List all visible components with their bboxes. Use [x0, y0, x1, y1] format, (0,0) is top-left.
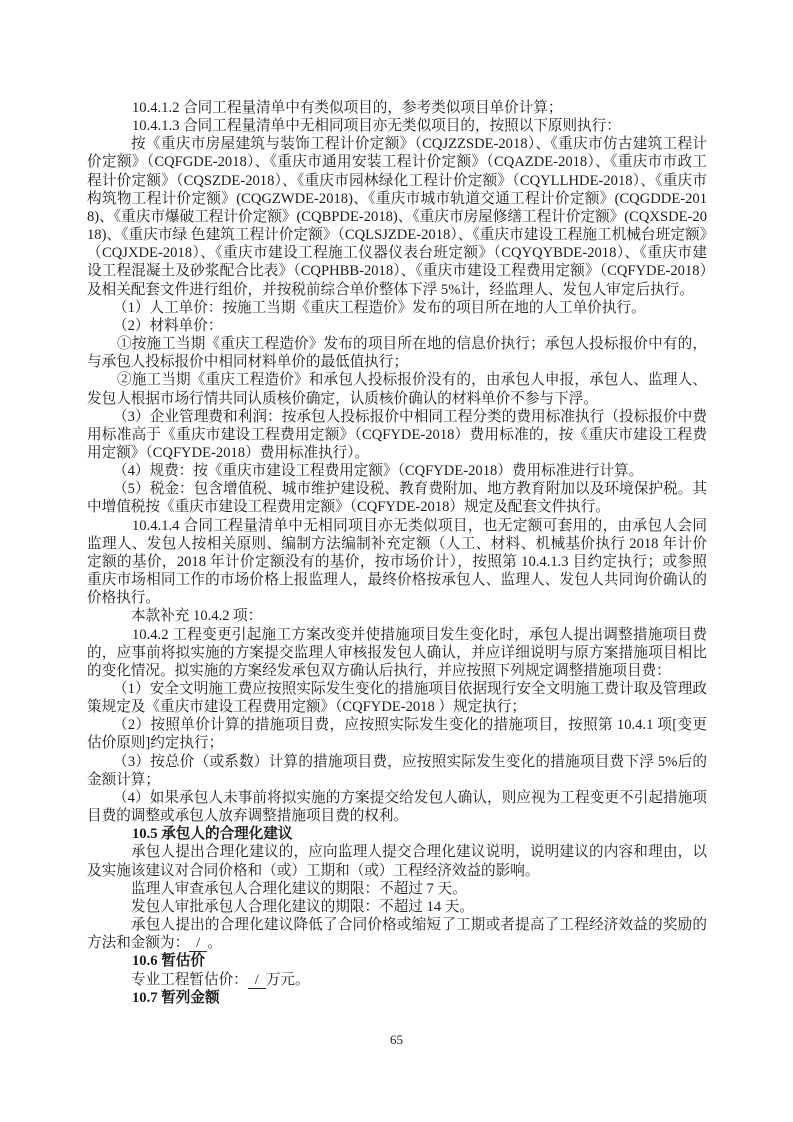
- fill-in-blank: /: [189, 936, 207, 952]
- paragraph: （5）税金：包含增值税、城市维护建设税、教育费附加、地方教育附加以及环境保护税。…: [87, 480, 707, 516]
- paragraph: （2）材料单价：: [87, 317, 707, 335]
- paragraph: 按《重庆市房屋建筑与装饰工程计价定额》（CQJZZSDE-2018）、《重庆市仿…: [87, 135, 707, 298]
- fill-in-blank: /: [248, 973, 266, 989]
- paragraph: 10.4.1.4 合同工程量清单中无相同项目亦无类似项目，也无定额可套用的，由承…: [87, 517, 707, 608]
- paragraph: 本款补充 10.4.2 项：: [87, 607, 707, 625]
- paragraph: 发包人审批承包人合理化建议的期限：不超过 14 天。: [87, 898, 707, 916]
- paragraph: ②施工当期《重庆工程造价》和承包人投标报价没有的，由承包人申报，承包人、监理人、…: [87, 371, 707, 407]
- paragraph: （1）安全文明施工费应按照实际发生变化的措施项目依据现行安全文明施工费计取及管理…: [87, 680, 707, 716]
- document-body: 10.4.1.2 合同工程量清单中有类似项目的，参考类似项目单价计算；10.4.…: [87, 99, 707, 1007]
- paragraph: 10.4.1.2 合同工程量清单中有类似项目的，参考类似项目单价计算；: [87, 99, 707, 117]
- paragraph: 10.4.2 工程变更引起施工方案改变并使措施项目发生变化时，承包人提出调整措施…: [87, 626, 707, 680]
- document-page: 10.4.1.2 合同工程量清单中有类似项目的，参考类似项目单价计算；10.4.…: [0, 0, 793, 1122]
- paragraph: 10.4.1.3 合同工程量清单中无相同项目亦无类似项目的，按照以下原则执行：: [87, 117, 707, 135]
- paragraph: 承包人提出的合理化建议降低了合同价格或缩短了工期或者提高了工程经济效益的奖励的方…: [87, 916, 707, 952]
- paragraph: （1）人工单价：按施工当期《重庆工程造价》发布的项目所在地的人工单价执行。: [87, 299, 707, 317]
- paragraph: （4）规费：按《重庆市建设工程费用定额》（CQFYDE-2018）费用标准进行计…: [87, 462, 707, 480]
- page-number: 65: [0, 1032, 793, 1048]
- paragraph: （3）企业管理费和利润：按承包人投标报价中相同工程分类的费用标准执行（投标报价中…: [87, 408, 707, 462]
- section-heading: 10.6 暂估价: [87, 952, 707, 970]
- section-heading: 10.7 暂列金额: [87, 989, 707, 1007]
- paragraph: （2）按照单价计算的措施项目费，应按照实际发生变化的措施项目，按照第 10.4.…: [87, 716, 707, 752]
- paragraph: ①按施工当期《重庆工程造价》发布的项目所在地的信息价执行；承包人投标报价中有的，…: [87, 335, 707, 371]
- paragraph: （3）按总价（或系数）计算的措施项目费，应按照实际发生变化的措施项目费下浮 5%…: [87, 753, 707, 789]
- paragraph: （4）如果承包人未事前将拟实施的方案提交给发包人确认，则应视为工程变更不引起措施…: [87, 789, 707, 825]
- paragraph: 监理人审查承包人合理化建议的期限：不超过 7 天。: [87, 880, 707, 898]
- paragraph: 承包人提出合理化建议的，应向监理人提交合理化建议说明，说明建议的内容和理由，以及…: [87, 843, 707, 879]
- paragraph: 专业工程暂估价：/万元。: [87, 971, 707, 989]
- section-heading: 10.5 承包人的合理化建议: [87, 825, 707, 843]
